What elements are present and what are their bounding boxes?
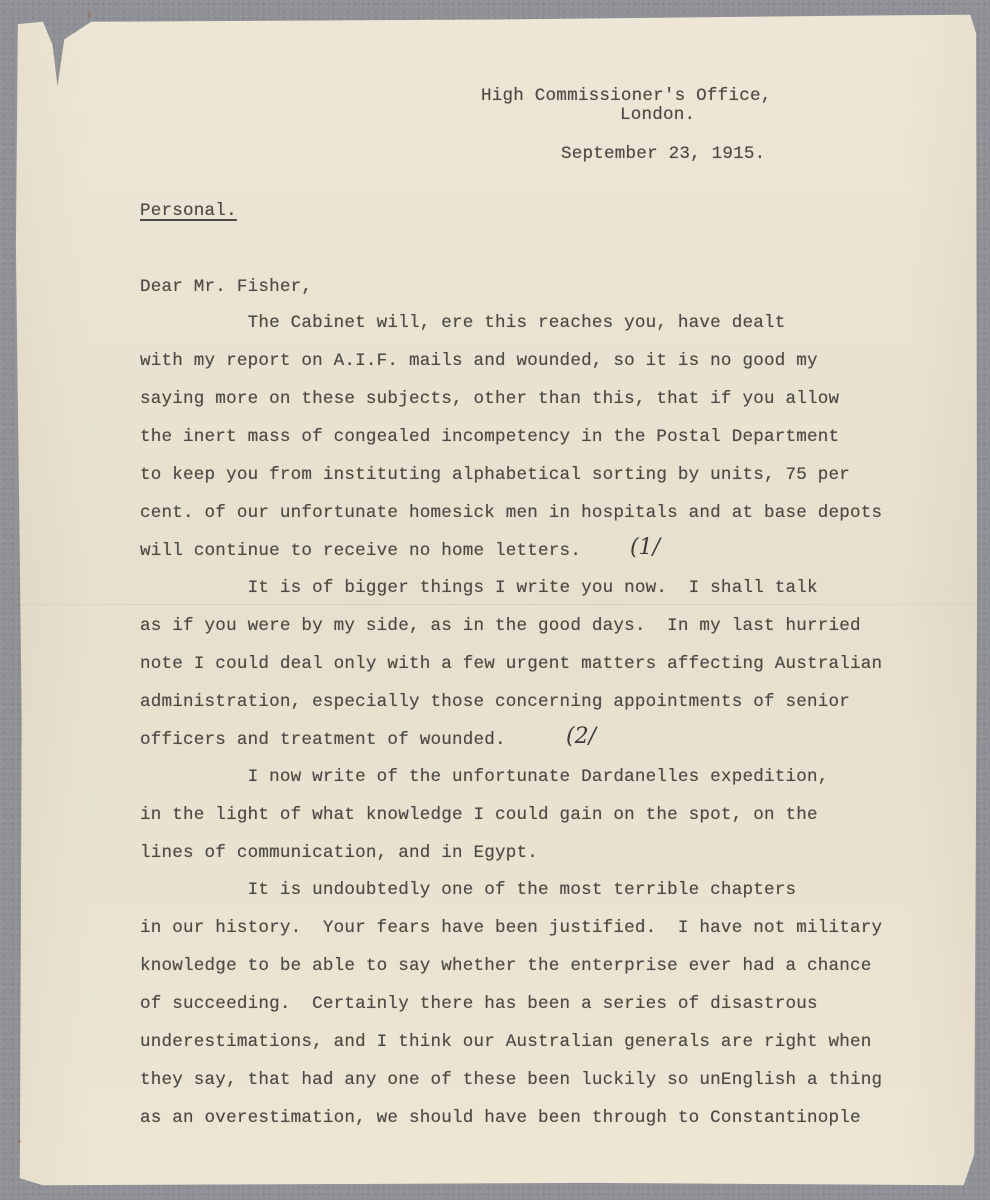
body-line: saying more on these subjects, other tha… [140, 389, 839, 409]
body-line: It is of bigger things I write you now. … [140, 578, 818, 598]
salutation: Dear Mr. Fisher, [140, 277, 312, 297]
body-line: It is undoubtedly one of the most terrib… [140, 880, 796, 900]
body-line: officers and treatment of wounded. [140, 730, 506, 750]
letter-body: High Commissioner's Office, London. Sept… [0, 0, 22, 680]
body-line: in our history. Your fears have been jus… [140, 918, 882, 938]
body-line: as an overestimation, we should have bee… [140, 1108, 861, 1128]
body-line: as if you were by my side, as in the goo… [140, 616, 861, 636]
body-line: lines of communication, and in Egypt. [140, 843, 538, 863]
handwritten-annotation-1: (1/ [630, 535, 660, 560]
body-line: The Cabinet will, ere this reaches you, … [140, 313, 785, 333]
paper-fold-line [14, 604, 980, 605]
body-line: note I could deal only with a few urgent… [140, 654, 882, 674]
body-line: underestimations, and I think our Austra… [140, 1032, 872, 1052]
paper-stain [18, 1140, 21, 1143]
body-line: they say, that had any one of these been… [140, 1070, 882, 1090]
body-line: of succeeding. Certainly there has been … [140, 994, 818, 1014]
body-line: to keep you from instituting alphabetica… [140, 465, 850, 485]
body-line: with my report on A.I.F. mails and wound… [140, 351, 818, 371]
body-line: cent. of our unfortunate homesick men in… [140, 503, 882, 523]
body-line: in the light of what knowledge I could g… [140, 805, 818, 825]
letterhead-city: London. [620, 105, 695, 125]
body-line: the inert mass of congealed incompetency… [140, 427, 839, 447]
body-line: I now write of the unfortunate Dardanell… [140, 767, 829, 787]
personal-marking: Personal. [140, 201, 237, 221]
paper-stain [88, 12, 91, 18]
body-line: will continue to receive no home letters… [140, 541, 581, 561]
body-line: knowledge to be able to say whether the … [140, 956, 872, 976]
letter-date: September 23, 1915. [561, 144, 765, 164]
body-line: administration, especially those concern… [140, 692, 850, 712]
handwritten-annotation-2: (2/ [566, 724, 596, 749]
letterhead-office: High Commissioner's Office, [481, 86, 771, 106]
